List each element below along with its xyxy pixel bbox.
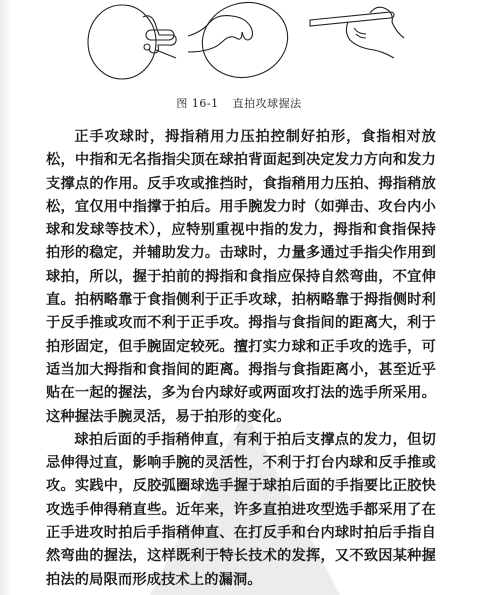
grip-back-view-icon <box>188 0 296 82</box>
figure-caption: 图 16-1直拍攻球握法 <box>0 95 478 111</box>
figure-illustration <box>80 0 410 82</box>
paragraph-2: 球拍后面的手指稍伸直，有利于拍后支撑点的发力，但切忌伸得过直，影响手腕的灵活性，… <box>46 429 436 592</box>
body-text: 正手攻球时，拇指稍用力压拍控制好拍形，食指相对放松，中指和无名指指尖顶在球拍背面… <box>46 126 436 592</box>
grip-side-view-icon <box>310 7 404 58</box>
figure-title: 直拍攻球握法 <box>233 97 302 110</box>
figure-number: 图 16-1 <box>176 97 218 110</box>
grip-front-view-icon <box>88 5 176 79</box>
page-edge-shadow <box>0 0 12 595</box>
paragraph-1: 正手攻球时，拇指稍用力压拍控制好拍形，食指相对放松，中指和无名指指尖顶在球拍背面… <box>46 126 436 429</box>
